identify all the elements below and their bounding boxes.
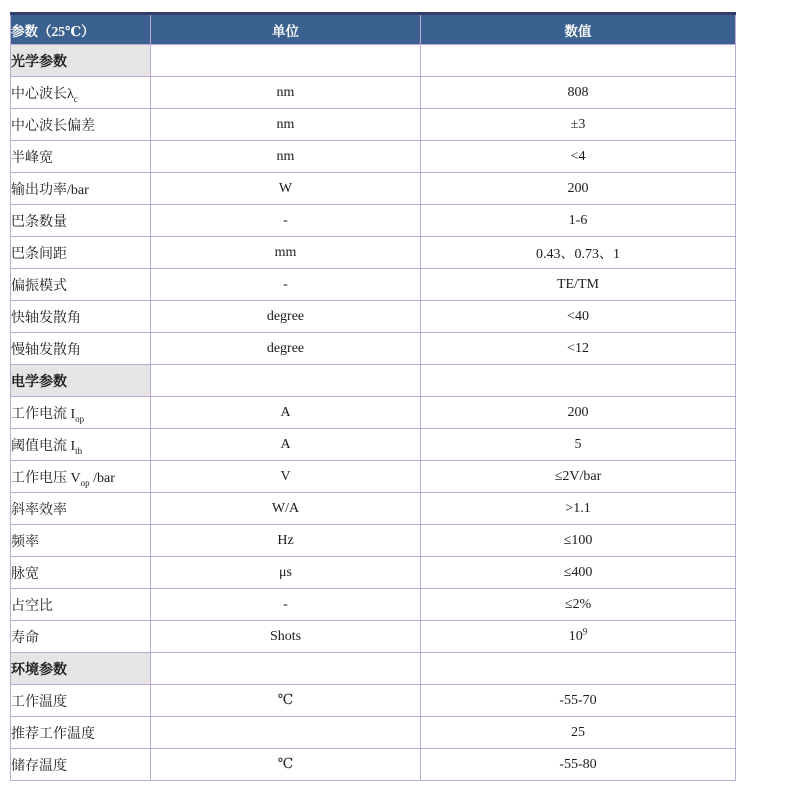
section-row: 环境参数 bbox=[11, 653, 736, 685]
table-row: 工作电压 Vop /barV≤2V/bar bbox=[11, 461, 736, 493]
unit-cell: Shots bbox=[151, 621, 421, 653]
table-row: 偏振模式-TE/TM bbox=[11, 269, 736, 301]
param-cell: 工作电流 Iop bbox=[11, 397, 151, 429]
param-cell: 巴条数量 bbox=[11, 205, 151, 237]
param-cell: 阈值电流 Ith bbox=[11, 429, 151, 461]
value-cell: 200 bbox=[421, 173, 736, 205]
section-row: 光学参数 bbox=[11, 45, 736, 77]
spec-table-wrap: 参数（25℃） 单位 数值 光学参数中心波长λcnm808中心波长偏差nm±3半… bbox=[10, 12, 736, 781]
header-value: 数值 bbox=[421, 14, 736, 45]
value-cell: ±3 bbox=[421, 109, 736, 141]
param-cell: 推荐工作温度 bbox=[11, 717, 151, 749]
unit-cell: nm bbox=[151, 141, 421, 173]
table-row: 快轴发散角degree<40 bbox=[11, 301, 736, 333]
value-cell: 109 bbox=[421, 621, 736, 653]
unit-cell: nm bbox=[151, 109, 421, 141]
param-cell: 斜率效率 bbox=[11, 493, 151, 525]
value-cell: >1.1 bbox=[421, 493, 736, 525]
unit-cell: - bbox=[151, 589, 421, 621]
section-label: 电学参数 bbox=[11, 365, 151, 397]
table-row: 阈值电流 IthA5 bbox=[11, 429, 736, 461]
table-row: 慢轴发散角degree<12 bbox=[11, 333, 736, 365]
table-row: 中心波长偏差nm±3 bbox=[11, 109, 736, 141]
param-cell: 脉宽 bbox=[11, 557, 151, 589]
param-cell: 工作温度 bbox=[11, 685, 151, 717]
param-cell: 工作电压 Vop /bar bbox=[11, 461, 151, 493]
value-cell: -55-70 bbox=[421, 685, 736, 717]
table-row: 寿命Shots109 bbox=[11, 621, 736, 653]
value-cell: 25 bbox=[421, 717, 736, 749]
value-cell: -55-80 bbox=[421, 749, 736, 781]
unit-cell: - bbox=[151, 269, 421, 301]
spec-table-header: 参数（25℃） 单位 数值 bbox=[11, 14, 736, 45]
table-row: 工作温度℃-55-70 bbox=[11, 685, 736, 717]
param-cell: 快轴发散角 bbox=[11, 301, 151, 333]
unit-cell bbox=[151, 45, 421, 77]
value-cell: 5 bbox=[421, 429, 736, 461]
value-cell: ≤2% bbox=[421, 589, 736, 621]
unit-cell bbox=[151, 717, 421, 749]
table-row: 频率Hz≤100 bbox=[11, 525, 736, 557]
unit-cell: V bbox=[151, 461, 421, 493]
unit-cell: W bbox=[151, 173, 421, 205]
spec-table: 参数（25℃） 单位 数值 光学参数中心波长λcnm808中心波长偏差nm±3半… bbox=[10, 12, 736, 781]
header-unit: 单位 bbox=[151, 14, 421, 45]
unit-cell bbox=[151, 653, 421, 685]
unit-cell: degree bbox=[151, 333, 421, 365]
value-cell: <4 bbox=[421, 141, 736, 173]
param-cell: 巴条间距 bbox=[11, 237, 151, 269]
unit-cell: W/A bbox=[151, 493, 421, 525]
header-row: 参数（25℃） 单位 数值 bbox=[11, 14, 736, 45]
unit-cell: Hz bbox=[151, 525, 421, 557]
param-cell: 半峰宽 bbox=[11, 141, 151, 173]
param-cell: 输出功率/bar bbox=[11, 173, 151, 205]
value-cell bbox=[421, 653, 736, 685]
table-row: 巴条间距mm0.43、0.73、1 bbox=[11, 237, 736, 269]
value-cell: <12 bbox=[421, 333, 736, 365]
value-cell: 200 bbox=[421, 397, 736, 429]
table-row: 中心波长λcnm808 bbox=[11, 77, 736, 109]
value-cell: 1-6 bbox=[421, 205, 736, 237]
param-cell: 偏振模式 bbox=[11, 269, 151, 301]
section-row: 电学参数 bbox=[11, 365, 736, 397]
unit-cell: ℃ bbox=[151, 685, 421, 717]
value-cell: <40 bbox=[421, 301, 736, 333]
table-row: 输出功率/barW200 bbox=[11, 173, 736, 205]
unit-cell: A bbox=[151, 429, 421, 461]
param-cell: 频率 bbox=[11, 525, 151, 557]
value-cell: TE/TM bbox=[421, 269, 736, 301]
unit-cell: degree bbox=[151, 301, 421, 333]
table-row: 工作电流 IopA200 bbox=[11, 397, 736, 429]
unit-cell: mm bbox=[151, 237, 421, 269]
value-cell: 0.43、0.73、1 bbox=[421, 237, 736, 269]
table-row: 巴条数量-1-6 bbox=[11, 205, 736, 237]
unit-cell: nm bbox=[151, 77, 421, 109]
param-cell: 储存温度 bbox=[11, 749, 151, 781]
param-cell: 中心波长λc bbox=[11, 77, 151, 109]
table-row: 占空比-≤2% bbox=[11, 589, 736, 621]
param-cell: 寿命 bbox=[11, 621, 151, 653]
value-cell: ≤2V/bar bbox=[421, 461, 736, 493]
unit-cell: ℃ bbox=[151, 749, 421, 781]
param-cell: 中心波长偏差 bbox=[11, 109, 151, 141]
table-row: 脉宽μs≤400 bbox=[11, 557, 736, 589]
unit-cell: - bbox=[151, 205, 421, 237]
value-cell: ≤100 bbox=[421, 525, 736, 557]
section-label: 环境参数 bbox=[11, 653, 151, 685]
table-row: 半峰宽nm<4 bbox=[11, 141, 736, 173]
value-cell: ≤400 bbox=[421, 557, 736, 589]
table-row: 斜率效率W/A>1.1 bbox=[11, 493, 736, 525]
unit-cell: A bbox=[151, 397, 421, 429]
value-cell bbox=[421, 365, 736, 397]
value-cell bbox=[421, 45, 736, 77]
header-param: 参数（25℃） bbox=[11, 14, 151, 45]
value-cell: 808 bbox=[421, 77, 736, 109]
unit-cell bbox=[151, 365, 421, 397]
table-row: 储存温度℃-55-80 bbox=[11, 749, 736, 781]
param-cell: 慢轴发散角 bbox=[11, 333, 151, 365]
table-row: 推荐工作温度25 bbox=[11, 717, 736, 749]
unit-cell: μs bbox=[151, 557, 421, 589]
spec-table-body: 光学参数中心波长λcnm808中心波长偏差nm±3半峰宽nm<4输出功率/bar… bbox=[11, 45, 736, 781]
section-label: 光学参数 bbox=[11, 45, 151, 77]
param-cell: 占空比 bbox=[11, 589, 151, 621]
